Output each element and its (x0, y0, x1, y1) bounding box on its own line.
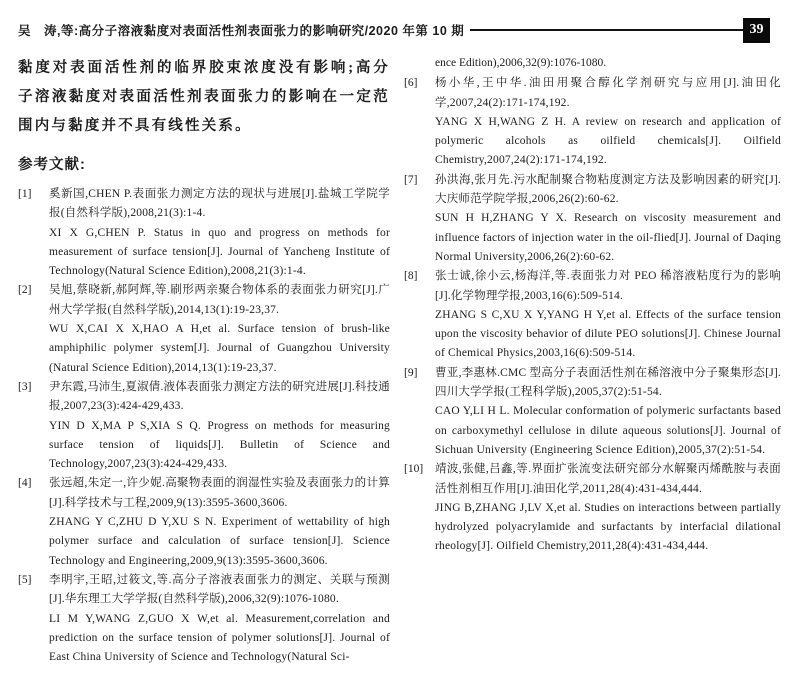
left-column: 黏度对表面活性剂的临界胶束浓度没有影响;高分子溶液黏度对表面活性剂表面张力的影响… (18, 54, 390, 667)
reference-number: [8] (404, 267, 435, 363)
reference-chinese-citation: 奚新国,CHEN P.表面张力测定方法的现状与进展[J].盐城工学院学报(自然科… (49, 185, 390, 224)
header-rule (470, 29, 743, 31)
reference-carryover-line: ence Edition),2006,32(9):1076-1080. (435, 54, 781, 73)
reference-chinese-citation: 曹亚,李惠林.CMC 型高分子表面活性剂在稀溶液中分子聚集形态[J].四川大学学… (435, 364, 781, 403)
reference-item: [5] 李明宇,王昭,过筱文,等.高分子溶液表面张力的测定、关联与预测[J].华… (18, 571, 390, 667)
right-column: ence Edition),2006,32(9):1076-1080. [6] … (404, 54, 781, 667)
reference-text: 李明宇,王昭,过筱文,等.高分子溶液表面张力的测定、关联与预测[J].华东理工大… (49, 571, 390, 667)
reference-item: [3] 尹东霞,马沛生,夏淑倩.液体表面张力测定方法的研究进展[J].科技通报,… (18, 378, 390, 474)
reference-english-citation: JING B,ZHANG J,LV X,et al. Studies on in… (435, 499, 781, 557)
reference-text: 曹亚,李惠林.CMC 型高分子表面活性剂在稀溶液中分子聚集形态[J].四川大学学… (435, 364, 781, 460)
reference-english-citation: SUN H H,ZHANG Y X. Research on viscosity… (435, 209, 781, 267)
reference-text: 孙洪海,张月先.污水配制聚合物粘度测定方法及影响因素的研究[J].大庆师范学院学… (435, 171, 781, 267)
reference-number: [7] (404, 171, 435, 267)
reference-item: [7] 孙洪海,张月先.污水配制聚合物粘度测定方法及影响因素的研究[J].大庆师… (404, 171, 781, 267)
reference-number: [3] (18, 378, 49, 474)
reference-text: 吴旭,蔡晓新,郝阿辉,等.刷形两亲聚合物体系的表面张力研究[J].广州大学学报(… (49, 281, 390, 377)
references-heading: 参考文献: (18, 153, 390, 174)
reference-number: [5] (18, 571, 49, 667)
reference-english-citation: CAO Y,LI H L. Molecular conformation of … (435, 402, 781, 460)
paper-page: 吴 涛,等:高分子溶液黏度对表面活性剂表面张力的影响研究/2020 年第 10 … (0, 0, 794, 684)
reference-number: [1] (18, 185, 49, 281)
reference-text: 奚新国,CHEN P.表面张力测定方法的现状与进展[J].盐城工学院学报(自然科… (49, 185, 390, 281)
running-header: 吴 涛,等:高分子溶液黏度对表面活性剂表面张力的影响研究/2020 年第 10 … (18, 16, 778, 44)
reference-list-right: [6] 杨小华,王中华.油田用聚合醇化学剂研究与应用[J].油田化学,2007,… (404, 74, 781, 556)
reference-text: 尹东霞,马沛生,夏淑倩.液体表面张力测定方法的研究进展[J].科技通报,2007… (49, 378, 390, 474)
reference-item: [2] 吴旭,蔡晓新,郝阿辉,等.刷形两亲聚合物体系的表面张力研究[J].广州大… (18, 281, 390, 377)
reference-chinese-citation: 孙洪海,张月先.污水配制聚合物粘度测定方法及影响因素的研究[J].大庆师范学院学… (435, 171, 781, 210)
reference-english-citation: ZHANG S C,XU X Y,YANG H Y,et al. Effects… (435, 306, 781, 364)
reference-text: 杨小华,王中华.油田用聚合醇化学剂研究与应用[J].油田化学,2007,24(2… (435, 74, 781, 170)
running-title: 吴 涛,等:高分子溶液黏度对表面活性剂表面张力的影响研究/2020 年第 10 … (18, 21, 464, 39)
reference-chinese-citation: 杨小华,王中华.油田用聚合醇化学剂研究与应用[J].油田化学,2007,24(2… (435, 74, 781, 113)
reference-english-citation: LI M Y,WANG Z,GUO X W,et al. Measurement… (49, 610, 390, 668)
page-number-badge: 39 (743, 18, 770, 43)
reference-item: [8] 张士诚,徐小云,杨海洋,等.表面张力对 PEO 稀溶液粘度行为的影响[J… (404, 267, 781, 363)
reference-text: 张士诚,徐小云,杨海洋,等.表面张力对 PEO 稀溶液粘度行为的影响[J].化学… (435, 267, 781, 363)
two-column-body: 黏度对表面活性剂的临界胶束浓度没有影响;高分子溶液黏度对表面活性剂表面张力的影响… (18, 54, 781, 667)
reference-chinese-citation: 张远超,朱定一,许少妮.高聚物表面的润湿性实验及表面张力的计算[J].科学技术与… (49, 474, 390, 513)
reference-item: [4] 张远超,朱定一,许少妮.高聚物表面的润湿性实验及表面张力的计算[J].科… (18, 474, 390, 570)
reference-english-citation: YANG X H,WANG Z H. A review on research … (435, 113, 781, 171)
reference-chinese-citation: 李明宇,王昭,过筱文,等.高分子溶液表面张力的测定、关联与预测[J].华东理工大… (49, 571, 390, 610)
reference-number: [4] (18, 474, 49, 570)
reference-number: [9] (404, 364, 435, 460)
reference-english-citation: ZHANG Y C,ZHU D Y,XU S N. Experiment of … (49, 513, 390, 571)
reference-english-citation: XI X G,CHEN P. Status in quo and progres… (49, 224, 390, 282)
reference-item: [10] 靖波,张健,吕鑫,等.界面扩张流变法研究部分水解聚丙烯酰胺与表面活性剂… (404, 460, 781, 556)
reference-number: [10] (404, 460, 435, 556)
reference-chinese-citation: 吴旭,蔡晓新,郝阿辉,等.刷形两亲聚合物体系的表面张力研究[J].广州大学学报(… (49, 281, 390, 320)
reference-number: [6] (404, 74, 435, 170)
reference-item: [9] 曹亚,李惠林.CMC 型高分子表面活性剂在稀溶液中分子聚集形态[J].四… (404, 364, 781, 460)
reference-chinese-citation: 张士诚,徐小云,杨海洋,等.表面张力对 PEO 稀溶液粘度行为的影响[J].化学… (435, 267, 781, 306)
reference-item: [1] 奚新国,CHEN P.表面张力测定方法的现状与进展[J].盐城工学院学报… (18, 185, 390, 281)
reference-text: 靖波,张健,吕鑫,等.界面扩张流变法研究部分水解聚丙烯酰胺与表面活性剂相互作用[… (435, 460, 781, 556)
reference-list-left: [1] 奚新国,CHEN P.表面张力测定方法的现状与进展[J].盐城工学院学报… (18, 185, 390, 667)
article-closing-paragraph: 黏度对表面活性剂的临界胶束浓度没有影响;高分子溶液黏度对表面活性剂表面张力的影响… (18, 54, 390, 141)
reference-english-citation: WU X,CAI X X,HAO A H,et al. Surface tens… (49, 320, 390, 378)
reference-number: [2] (18, 281, 49, 377)
reference-item: [6] 杨小华,王中华.油田用聚合醇化学剂研究与应用[J].油田化学,2007,… (404, 74, 781, 170)
reference-chinese-citation: 尹东霞,马沛生,夏淑倩.液体表面张力测定方法的研究进展[J].科技通报,2007… (49, 378, 390, 417)
reference-text: 张远超,朱定一,许少妮.高聚物表面的润湿性实验及表面张力的计算[J].科学技术与… (49, 474, 390, 570)
reference-chinese-citation: 靖波,张健,吕鑫,等.界面扩张流变法研究部分水解聚丙烯酰胺与表面活性剂相互作用[… (435, 460, 781, 499)
reference-english-citation: YIN D X,MA P S,XIA S Q. Progress on meth… (49, 417, 390, 475)
